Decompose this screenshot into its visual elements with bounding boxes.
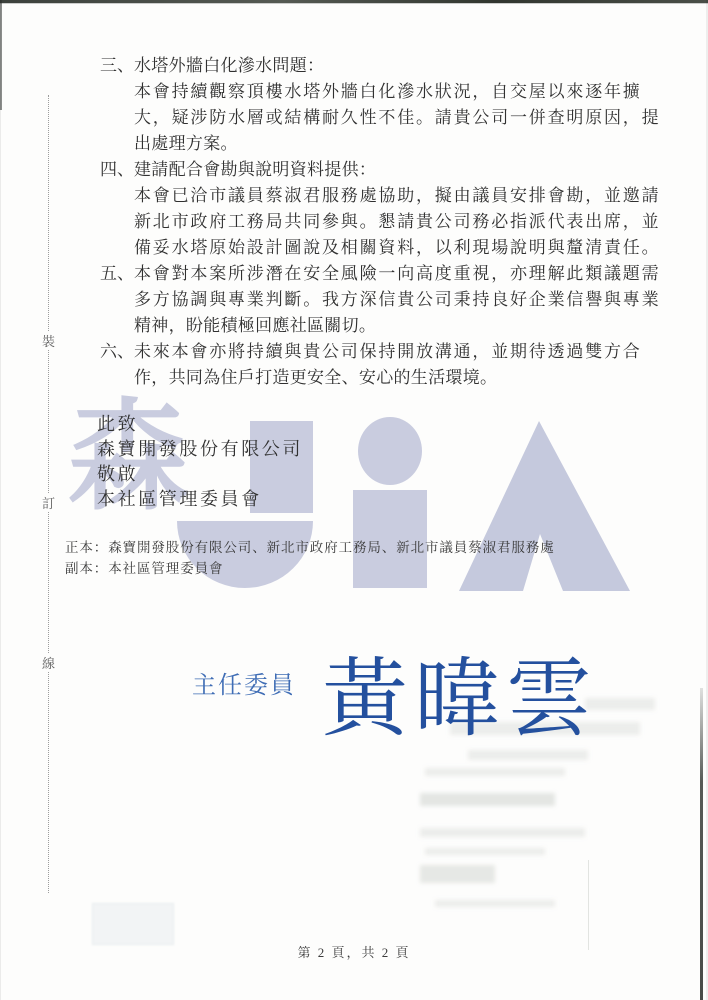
bleed-through-artifact	[425, 848, 545, 855]
distribution-line: 副本：本社區管理委員會	[65, 558, 555, 579]
text-line: 作，共同為住戶打造更安全、安心的生活環境。	[100, 365, 648, 391]
text-line: 備妥水塔原始設計圖說及相關資料，以利現場說明與釐清責任。	[100, 235, 648, 261]
signature-block: 主任委員 黃暐雲	[192, 656, 598, 744]
item-text: 本會對本案所涉潛在安全風險一向高度重視，亦理解此類議題需	[134, 264, 660, 283]
text-line: 四、建請配合會勘與說明資料提供：	[100, 157, 648, 183]
scan-edge-left-shadow	[0, 0, 1, 1000]
text-line: 本會持續觀察頂樓水塔外牆白化滲水狀況，自交屋以來逐年擴	[100, 79, 648, 105]
document-page: 裝訂線 森 三、水塔外牆白化滲水問題：本會持續觀察頂樓水塔外牆白化滲水狀況，自交…	[0, 0, 708, 1000]
item-text: 水塔外牆白化滲水問題：	[134, 56, 324, 75]
binding-mark: 線	[40, 653, 57, 672]
bleed-through-stamp-artifact	[92, 903, 174, 945]
item-number: 五、	[100, 264, 134, 283]
watermark-letter-i-dot	[358, 417, 422, 485]
text-line: 六、未來本會亦將持續與貴公司保持開放溝通，並期待透過雙方合	[100, 339, 648, 365]
item-number: 四、	[100, 160, 134, 179]
text-line: 大，疑涉防水層或結構耐久性不佳。請貴公司一併查明原因，提	[100, 105, 648, 131]
item-number: 三、	[100, 56, 134, 75]
closing-line: 敬啟	[97, 462, 303, 487]
item-number: 六、	[100, 342, 134, 361]
distribution-block: 正本：森寶開發股份有限公司、新北市政府工務局、新北市議員蔡淑君服務處副本：本社區…	[65, 537, 555, 579]
bleed-through-artifact	[468, 750, 588, 760]
scan-edge-top-shadow	[0, 3, 708, 4]
text-line: 新北市政府工務局共同參與。懇請貴公司務必指派代表出席，並	[100, 209, 648, 235]
bleed-through-artifact	[420, 865, 495, 883]
bleed-through-artifact	[420, 793, 555, 806]
bleed-through-artifact	[435, 900, 555, 907]
numbered-items: 三、水塔外牆白化滲水問題：本會持續觀察頂樓水塔外牆白化滲水狀況，自交屋以來逐年擴…	[100, 53, 648, 391]
text-line: 五、本會對本案所涉潛在安全風險一向高度重視，亦理解此類議題需	[100, 261, 648, 287]
binding-mark: 訂	[40, 493, 57, 512]
text-line: 本會已洽市議員蔡淑君服務處協助，擬由議員安排會勘，並邀請	[100, 183, 648, 209]
bleed-through-artifact	[420, 828, 585, 837]
item-text: 建請配合會勘與說明資料提供：	[134, 160, 376, 179]
binding-mark: 裝	[40, 331, 57, 350]
closing-line: 本社區管理委員會	[97, 487, 303, 512]
closing-block: 此致森寶開發股份有限公司敬啟本社區管理委員會	[97, 412, 303, 512]
chairman-title: 主任委員	[192, 674, 296, 698]
text-line: 多方協調與專業判斷。我方深信貴公司秉持良好企業信譽與專業	[100, 287, 648, 313]
bleed-through-artifact	[425, 768, 565, 776]
closing-line: 此致	[97, 412, 303, 437]
item-text: 未來本會亦將持續與貴公司保持開放溝通，並期待透過雙方合	[134, 342, 642, 361]
chairman-name: 黃暐雲	[322, 656, 598, 744]
text-line: 出處理方案。	[100, 131, 648, 157]
text-line: 精神，盼能積極回應社區關切。	[100, 313, 648, 339]
distribution-line: 正本：森寶開發股份有限公司、新北市政府工務局、新北市議員蔡淑君服務處	[65, 537, 555, 558]
text-line: 三、水塔外牆白化滲水問題：	[100, 53, 648, 79]
bleed-through-line-artifact	[588, 860, 589, 950]
page-number: 第 2 頁，共 2 頁	[0, 942, 708, 961]
closing-line: 森寶開發股份有限公司	[97, 437, 303, 462]
